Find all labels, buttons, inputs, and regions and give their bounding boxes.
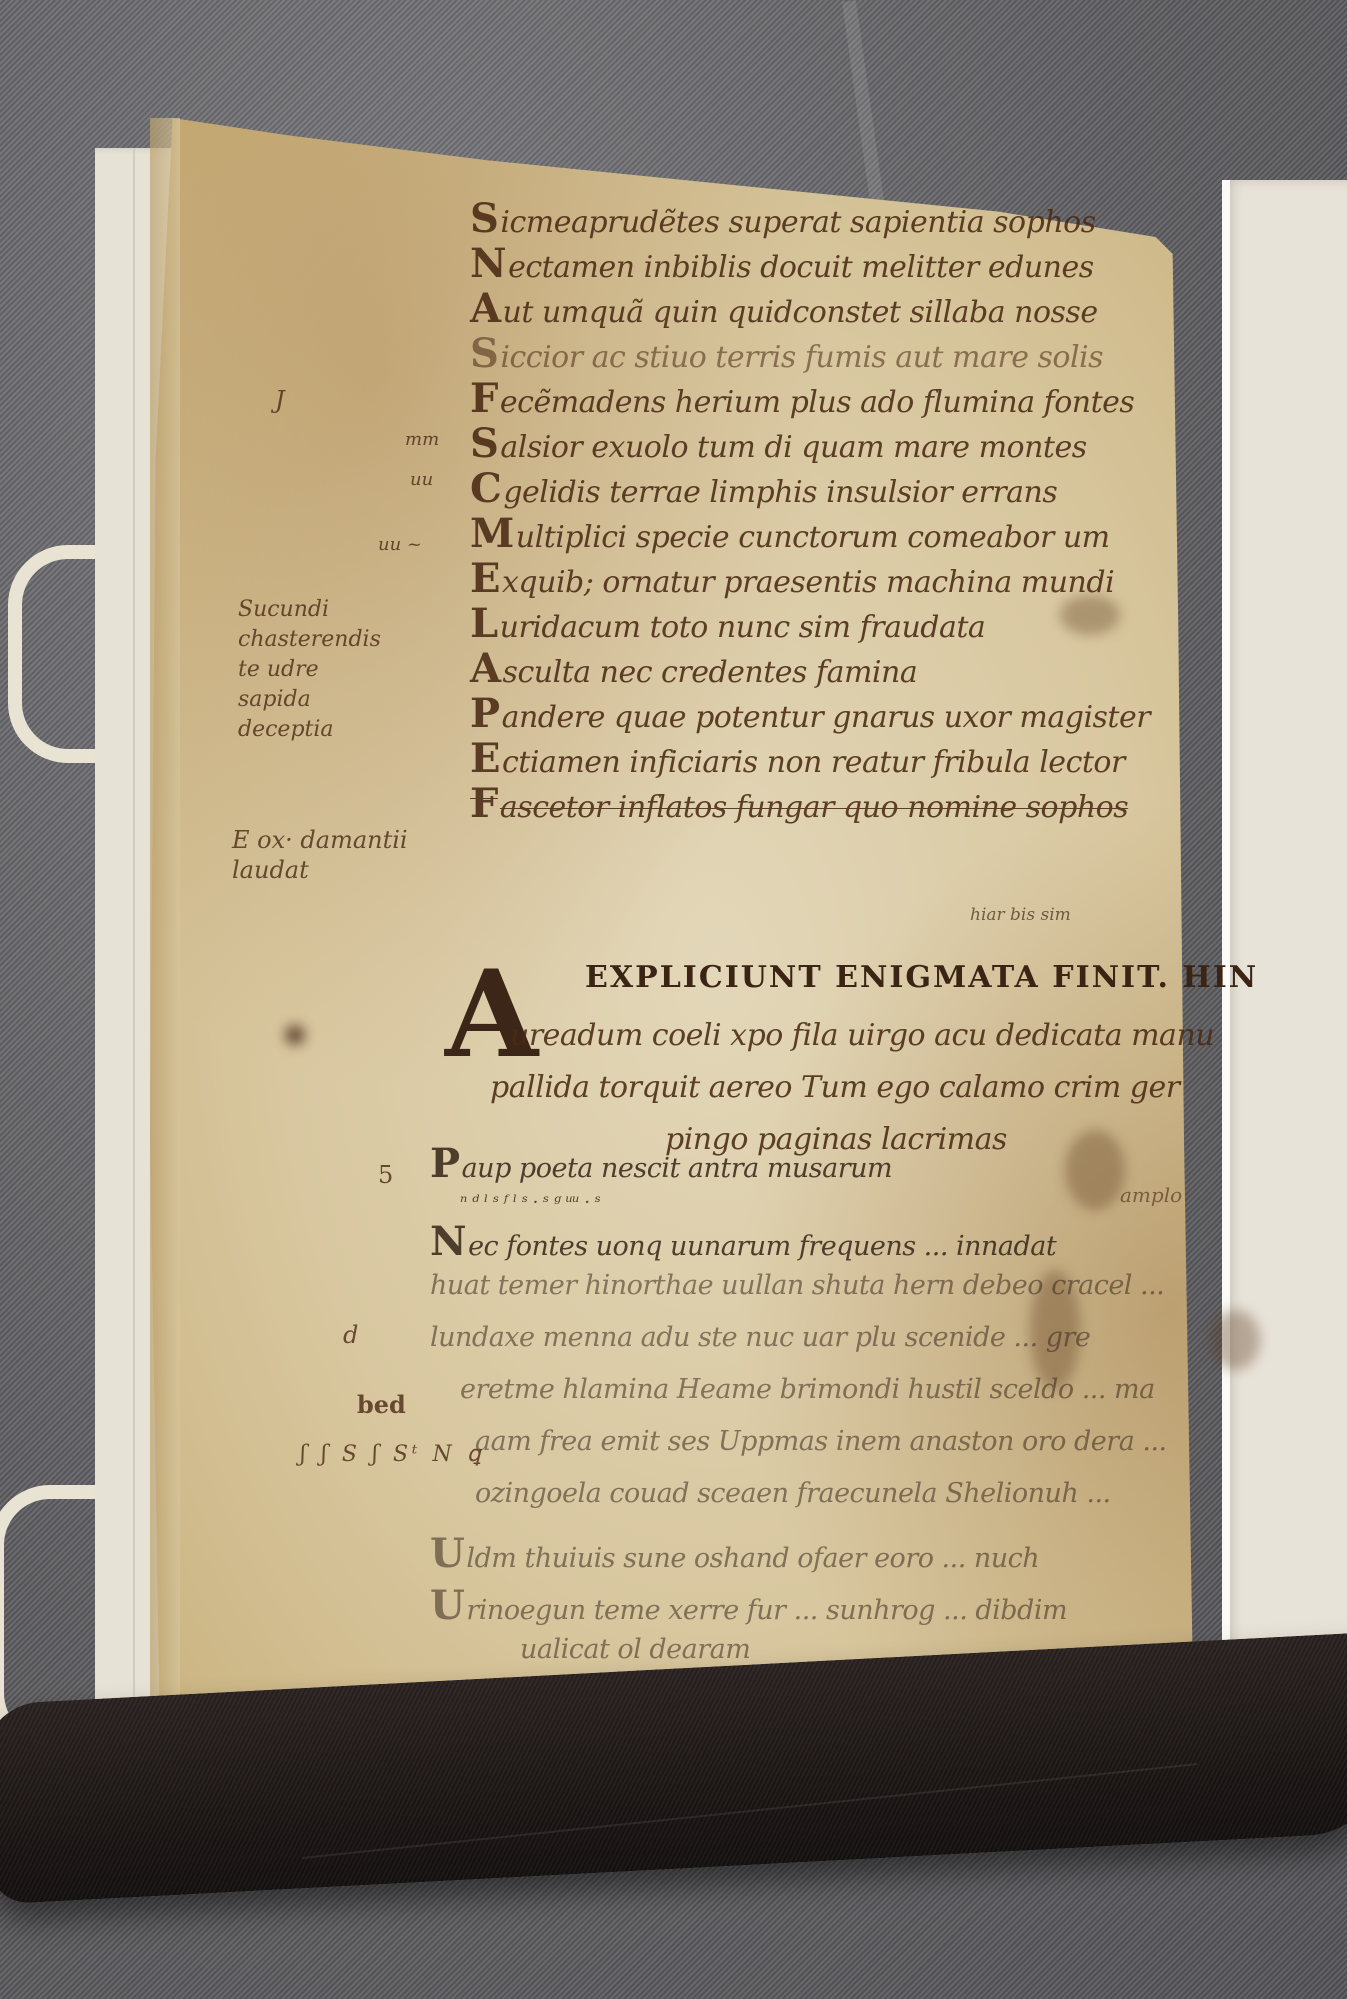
verse-line: Cgelidis terrae limphis insulsior errans bbox=[470, 465, 1230, 510]
verse-line: Siccior ac stiuo terris fumis aut mare s… bbox=[470, 330, 1230, 375]
margin-note: uu ~ bbox=[378, 530, 422, 560]
margin-letter: d bbox=[343, 1320, 358, 1350]
poem-line: ureadum coeli xpo fila uirgo acu dedicat… bbox=[510, 1018, 1214, 1070]
verse-line: Ectiamen inficiaris non reatur fribula l… bbox=[470, 735, 1230, 780]
margin-note: mm bbox=[405, 425, 439, 455]
parchment-gutter-edge bbox=[150, 118, 180, 1818]
verse-line: Fascetor inflatos fungar quo nomine soph… bbox=[470, 780, 1230, 825]
verse-line: Fecẽmadens herium plus ado flumina fonte… bbox=[470, 375, 1230, 420]
verse-line: Asculta nec credentes famina bbox=[470, 645, 1230, 690]
text-line: eretme hlamina Heame brimondi hustil sce… bbox=[460, 1374, 1250, 1426]
explicit-rubric: EXPLICIUNT ENIGMATA FINIT. HIN bbox=[585, 960, 1258, 995]
text-line: huat temer hinorthae uullan shuta hern d… bbox=[430, 1270, 1250, 1322]
verse-line: Exquib; ornatur praesentis machina mundi bbox=[470, 555, 1230, 600]
verse-line: Sicmeaprudẽtes superat sapientia sophos bbox=[470, 195, 1230, 240]
text-line: ozingoela couad sceaen fraecunela Shelio… bbox=[475, 1478, 1250, 1530]
verse-line: Pandere quae potentur gnarus uxor magist… bbox=[470, 690, 1230, 735]
ink-blot bbox=[285, 1025, 305, 1045]
margin-note: uu bbox=[410, 465, 433, 495]
text-line: Uldm thuiuis sune oshand ofaer eoro ... … bbox=[430, 1530, 1250, 1582]
text-line: aam frea emit ses Uppmas inem anaston or… bbox=[475, 1426, 1250, 1478]
interlinear-gloss: hiar bis sim bbox=[970, 905, 1071, 925]
vernacular-section: Paup poeta nescit antra musarum ⁿ ᵈ ˡ ˢ … bbox=[430, 1140, 1250, 1686]
text-line: Nec fontes uonq uunarum frequens ... inn… bbox=[430, 1218, 1250, 1270]
text-line: Urinoegun teme xerre fur ... sunhrog ...… bbox=[430, 1582, 1250, 1634]
verse-line: Multiplici specie cunctorum comeabor um bbox=[470, 510, 1230, 555]
verse-line: Luridacum toto nunc sim fraudata bbox=[470, 600, 1230, 645]
margin-numeral: 5 bbox=[378, 1160, 393, 1190]
leather-tie-upper bbox=[8, 545, 102, 763]
margin-note: amplo bbox=[1120, 1180, 1182, 1210]
verse-line: Salsior exuolo tum di quam mare montes bbox=[470, 420, 1230, 465]
neume-notation: ʃ ʃ S ʃ Sᵗ N ꝗ bbox=[300, 1440, 485, 1470]
margin-note: J bbox=[275, 385, 285, 415]
verse-line: Nectamen inbiblis docuit melitter edunes bbox=[470, 240, 1230, 285]
verse-block: Sicmeaprudẽtes superat sapientia sophos … bbox=[470, 195, 1230, 825]
margin-gloss-block: E ox· damantii laudat bbox=[232, 825, 408, 885]
margin-gloss-block: Sucundi chasterendis te udre sapida dece… bbox=[238, 595, 381, 745]
text-line: lundaxe menna adu ste nuc uar plu scenid… bbox=[430, 1322, 1250, 1374]
verse-line: Aut umquã quin quidconstet sillaba nosse bbox=[470, 285, 1230, 330]
poem-line: pallida torquit aereo Tum ego calamo cri… bbox=[490, 1070, 1214, 1122]
margin-note: bed bbox=[357, 1390, 406, 1420]
